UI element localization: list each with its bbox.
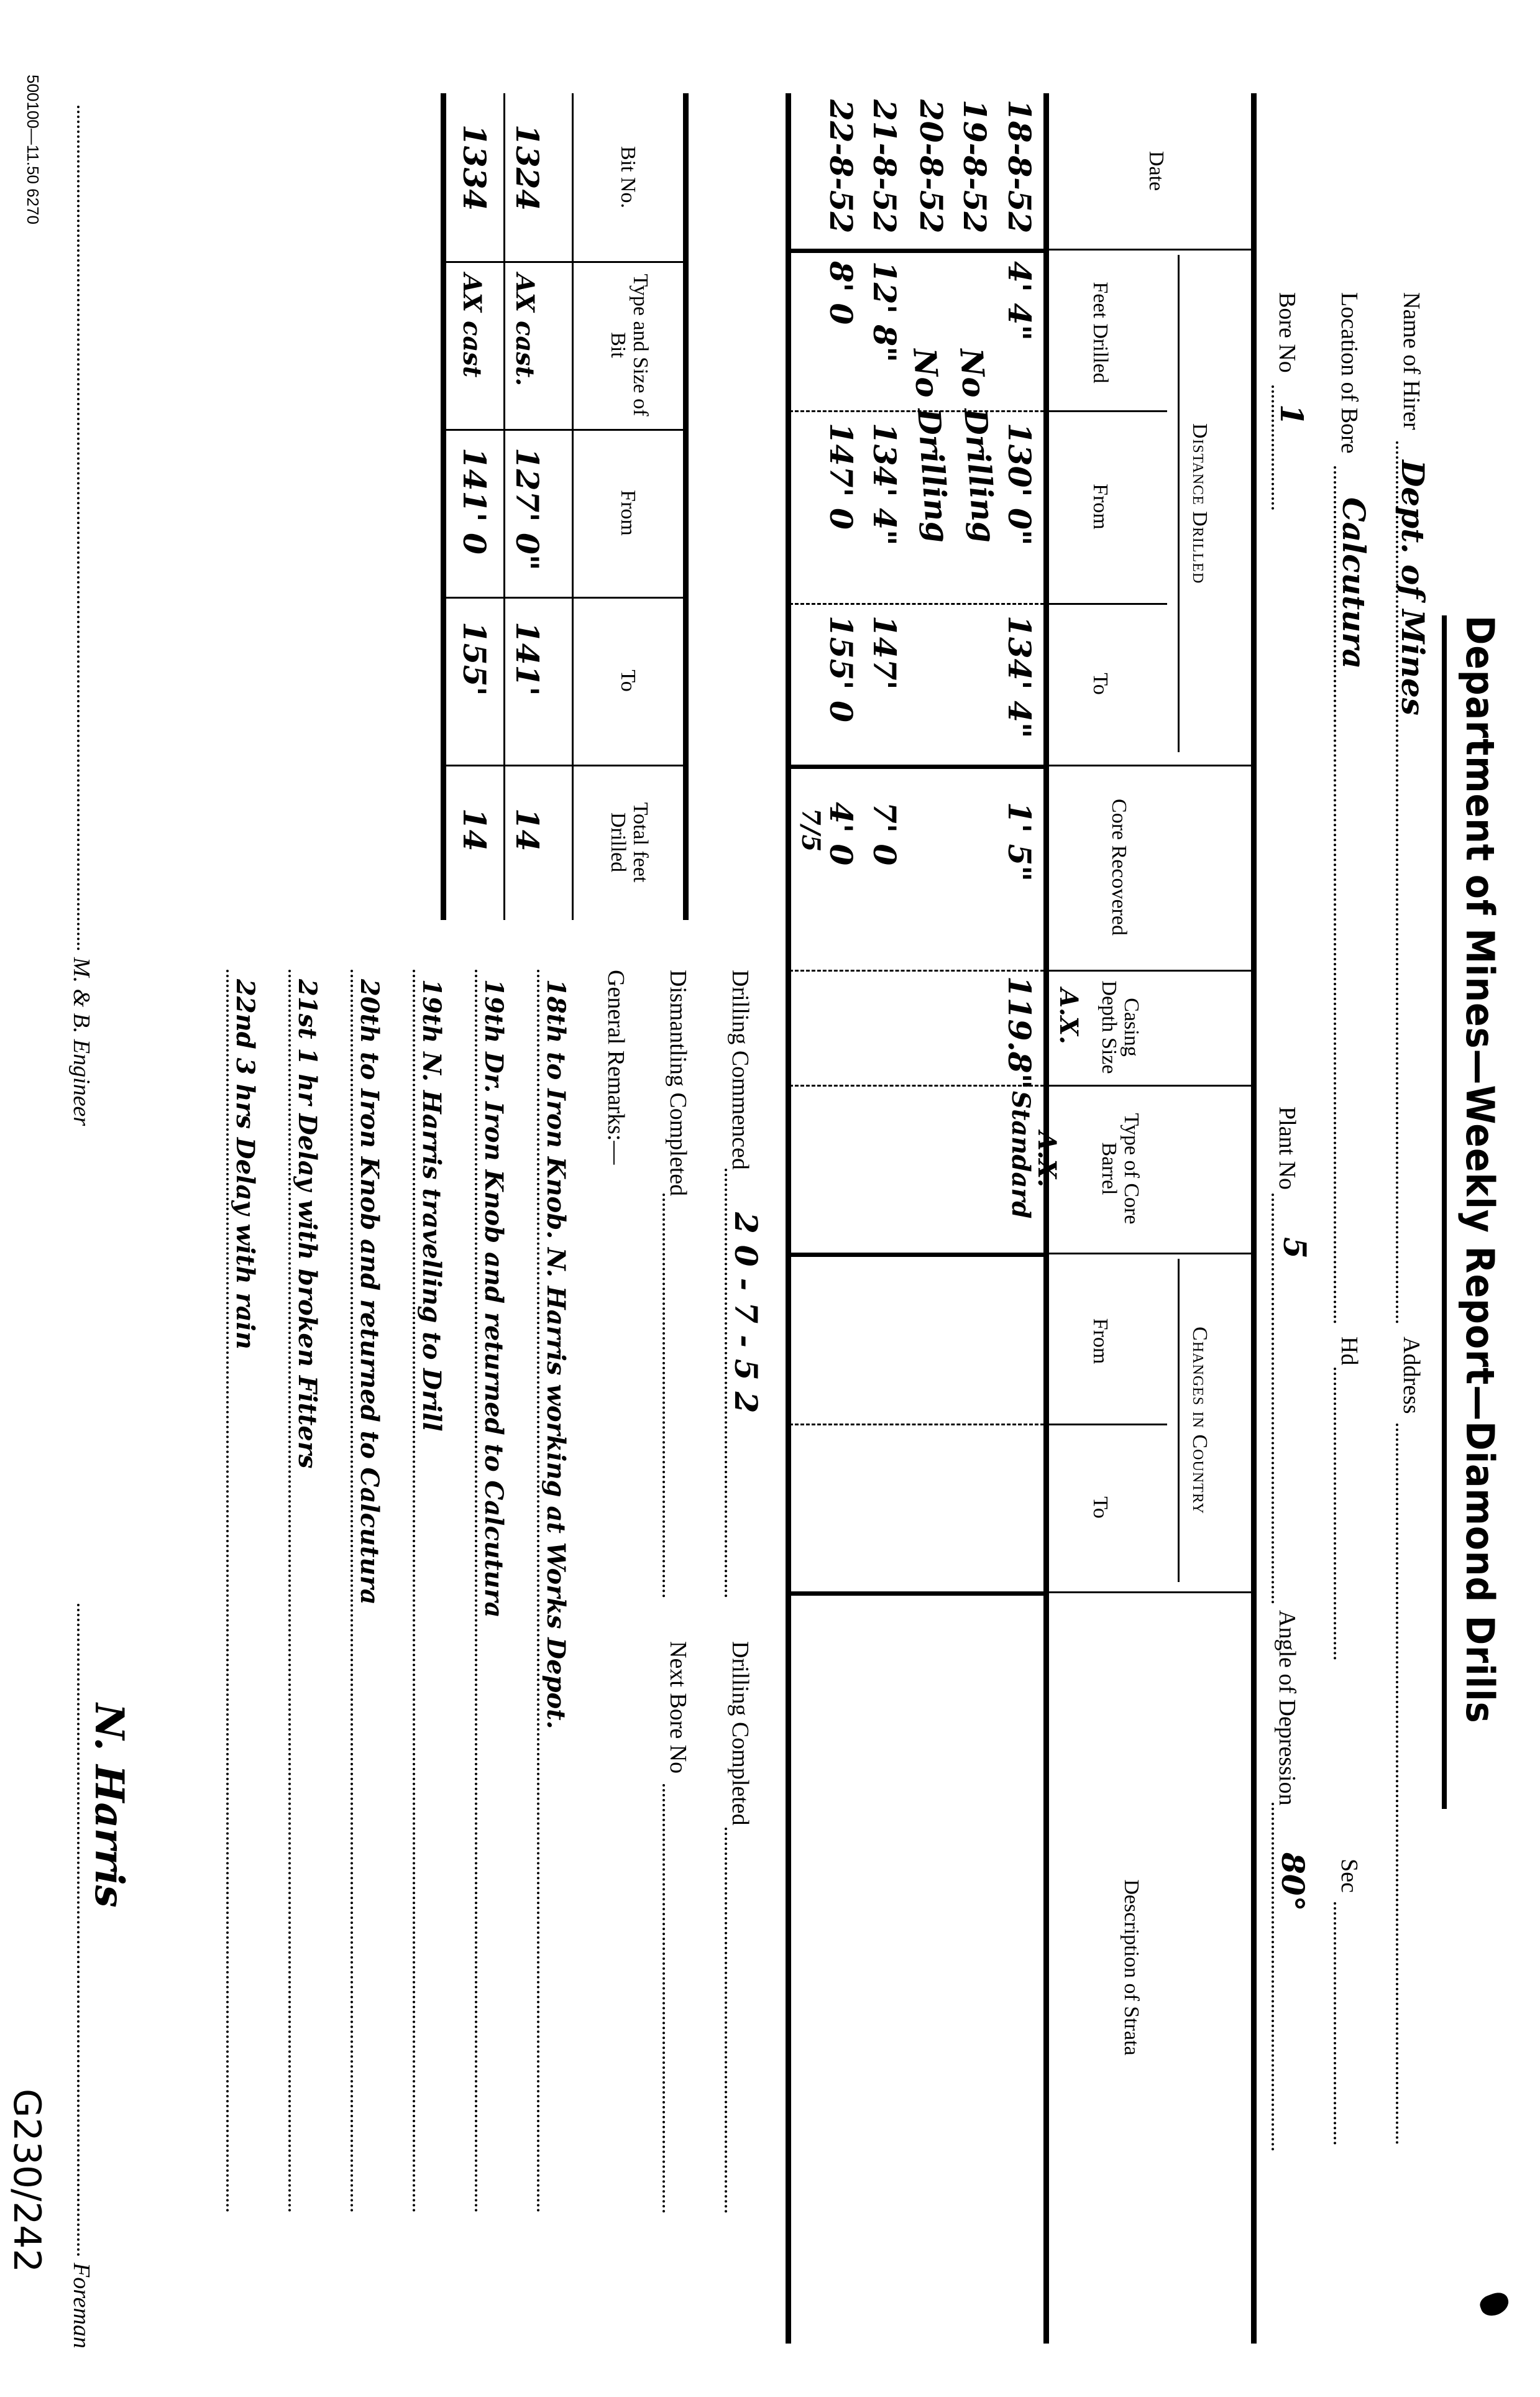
drilling-commenced-label: Drilling Commenced [726,970,754,1170]
row-feet-drilled: 12' 8" [866,261,903,362]
dismantling-completed-field[interactable] [662,1194,665,1598]
row-from: 134' 4" [866,423,903,546]
remarks-line [226,970,229,2213]
remarks-text-line: 22nd 3 hrs Delay with rain [231,979,260,1350]
foreman-signature[interactable]: N. Harris [86,1703,132,1908]
col-header-feet-drilled: Feet Drilled [1089,255,1111,410]
bit-total: 14 [509,808,546,852]
next-bore-no-field[interactable] [662,1784,665,2213]
col-sep [1047,1591,1253,1593]
bit-from: 127' 0" [509,448,546,571]
print-code: 500100—11.50 6270 [23,75,42,224]
col-sep [789,249,1044,253]
col-sep [1047,1085,1253,1087]
row-from: 147' 0 [823,423,859,530]
bit-col-from: From [616,429,639,597]
bit-col-total: Total feet Drilled [607,771,651,914]
row-core-barrel: Standard [1006,1091,1035,1218]
bore-no-label: Bore No [1273,292,1301,373]
drilling-commenced-line [725,1169,727,1598]
col-header-casing: Casing Depth Size [1098,973,1142,1082]
bit-type-size: AX cast. [510,274,539,386]
casing-size-note: A.X. [1054,988,1083,1044]
drilling-commenced-field[interactable]: 20-7-52 [728,1212,764,1424]
bit-col-type-size: Type and Size of Bit [607,274,651,416]
dismantling-completed-label: Dismantling Completed [664,970,692,1196]
col-sep [789,765,1044,769]
remarks-line [537,970,539,2213]
remarks-text-line: 19th N. Harris travelling to Drill [417,979,446,1432]
col-header-to: To [1089,603,1111,765]
remarks-text-line: 18th to Iron Knob. N. Harris working at … [541,979,571,1729]
col-sep [444,261,685,263]
row-to: 147' [866,615,903,690]
drilling-completed-label: Drilling Completed [726,1641,754,1826]
plant-no-line [1272,1194,1274,1604]
bit-to: 141' [509,622,546,696]
col-header-from: From [1089,410,1111,603]
col-sep [789,970,1044,972]
col-header-distance-drilled: Distance Drilled [1188,255,1211,752]
plant-no-field[interactable]: 5 [1276,1237,1313,1259]
remarks-line [413,970,415,2213]
angle-of-depression-line [1272,1803,1274,2151]
remarks-line [475,970,477,2213]
engineer-label: M. & B. Engineer [68,957,95,1126]
table-top-border [1251,93,1257,2344]
file-reference: G230/242 [5,2089,48,2273]
row-date: 18-8-52 [1001,99,1038,233]
bit-from: 141' 0 [456,448,493,554]
sec-field[interactable] [1334,1902,1336,2145]
col-header-cic-from: From [1089,1259,1111,1424]
weekly-report-form: Department of Mines—Weekly Report—Diamon… [0,0,1540,2397]
col-sep [444,765,685,766]
col-header-cic-to: To [1089,1424,1111,1591]
col-sep [1047,249,1253,251]
row-core-recovered: 7' 0 [866,802,903,865]
row-core-recovered: 1' 5" [1001,802,1038,881]
bit-col-bit-no: Bit No. [616,93,639,261]
address-field[interactable] [1396,1424,1398,2145]
row-feet-drilled: 4' 4" [1001,261,1038,341]
hd-label: Hd [1336,1337,1363,1365]
form-title: Department of Mines—Weekly Report—Diamon… [1457,615,1503,1723]
col-header-strata: Description of Strata [1120,1591,1142,2344]
row-from: 130' 0" [1001,423,1038,546]
general-remarks-label: General Remarks:— [602,970,630,1164]
remarks-line [351,970,353,2213]
row-core-recovered: 4' 0 [823,802,859,865]
bit-to: 155' [456,622,493,696]
row-date: 21-8-52 [866,99,903,233]
col-header-changes-in-country: Changes in Country [1188,1259,1211,1582]
ink-blot [1478,2289,1512,2319]
location-of-bore-field[interactable]: Calcutura [1336,497,1372,669]
table-bottom-border [786,93,791,2344]
bit-table-header-divider [572,93,574,920]
foreman-signature-line [77,1604,80,2257]
col-sep [789,603,1044,605]
address-label: Address [1398,1337,1425,1414]
col-sep [1047,970,1253,972]
core-total-note: 7/5 [796,808,825,852]
row-to: 155' 0 [823,615,859,722]
row-to: 134' 4" [1001,615,1038,738]
col-sep [1047,1253,1253,1254]
remarks-text-line: 19th Dr. Iron Knob and returned to Calcu… [479,979,508,1617]
row-date: 22-8-52 [823,99,859,233]
col-header-core-recovered: Core Recovered [1107,777,1130,957]
remarks-text-line: 21st 1 hr Delay with broken Fitters [293,979,322,1468]
title-underline [1442,615,1447,1809]
location-of-bore-label: Location of Bore [1336,292,1363,454]
col-header-core-barrel: Type of Core Barrel [1098,1088,1142,1249]
angle-of-depression-label: Angle of Depression [1273,1610,1301,1805]
bit-row-line [503,93,505,920]
col-sep [1047,765,1253,766]
col-sep [444,597,685,599]
bit-table-top-border [683,93,689,920]
row-feet-drilled: No Drilling [953,347,1003,544]
name-of-hirer-label: Name of Hirer [1398,292,1425,430]
col-sep [789,1253,1044,1257]
sec-label: Sec [1336,1859,1363,1893]
name-of-hirer-field[interactable]: Dept. of Mines [1395,460,1431,715]
col-sep [789,1591,1044,1596]
group-underline [1178,1259,1180,1582]
bore-no-field[interactable]: 1 [1273,404,1310,426]
plant-no-label: Plant No [1273,1106,1301,1190]
bit-table-bottom-border [441,93,446,920]
next-bore-no-label: Next Bore No [664,1641,692,1774]
group-underline [1178,255,1180,752]
bit-type-size: AX cast [457,274,487,377]
engineer-signature-line[interactable] [77,106,80,951]
table-header-divider [1043,93,1049,2344]
angle-of-depression-field[interactable]: 80° [1275,1852,1311,1912]
remarks-line [288,970,291,2213]
hd-field[interactable] [1334,1368,1336,1660]
col-header-date: Date [1145,93,1167,249]
col-sep [444,429,685,431]
foreman-label: Foreman [68,2263,95,2349]
bit-total: 14 [456,808,493,852]
col-sep [789,1424,1044,1425]
row-date: 19-8-52 [956,99,993,233]
bit-no: 1334 [456,124,493,211]
bit-col-to: To [616,597,639,765]
drilling-completed-field[interactable] [725,1828,727,2213]
row-feet-drilled: 8' 0 [823,261,859,324]
remarks-text-line: 20th to Iron Knob and returned to Calcut… [355,979,384,1605]
row-casing: 119.8" [1001,976,1038,1090]
bit-no: 1324 [509,124,546,211]
row-feet-drilled: No Drilling [906,347,956,544]
row-date: 20-8-52 [913,99,950,233]
core-barrel-note: A.X. [1032,1131,1061,1187]
